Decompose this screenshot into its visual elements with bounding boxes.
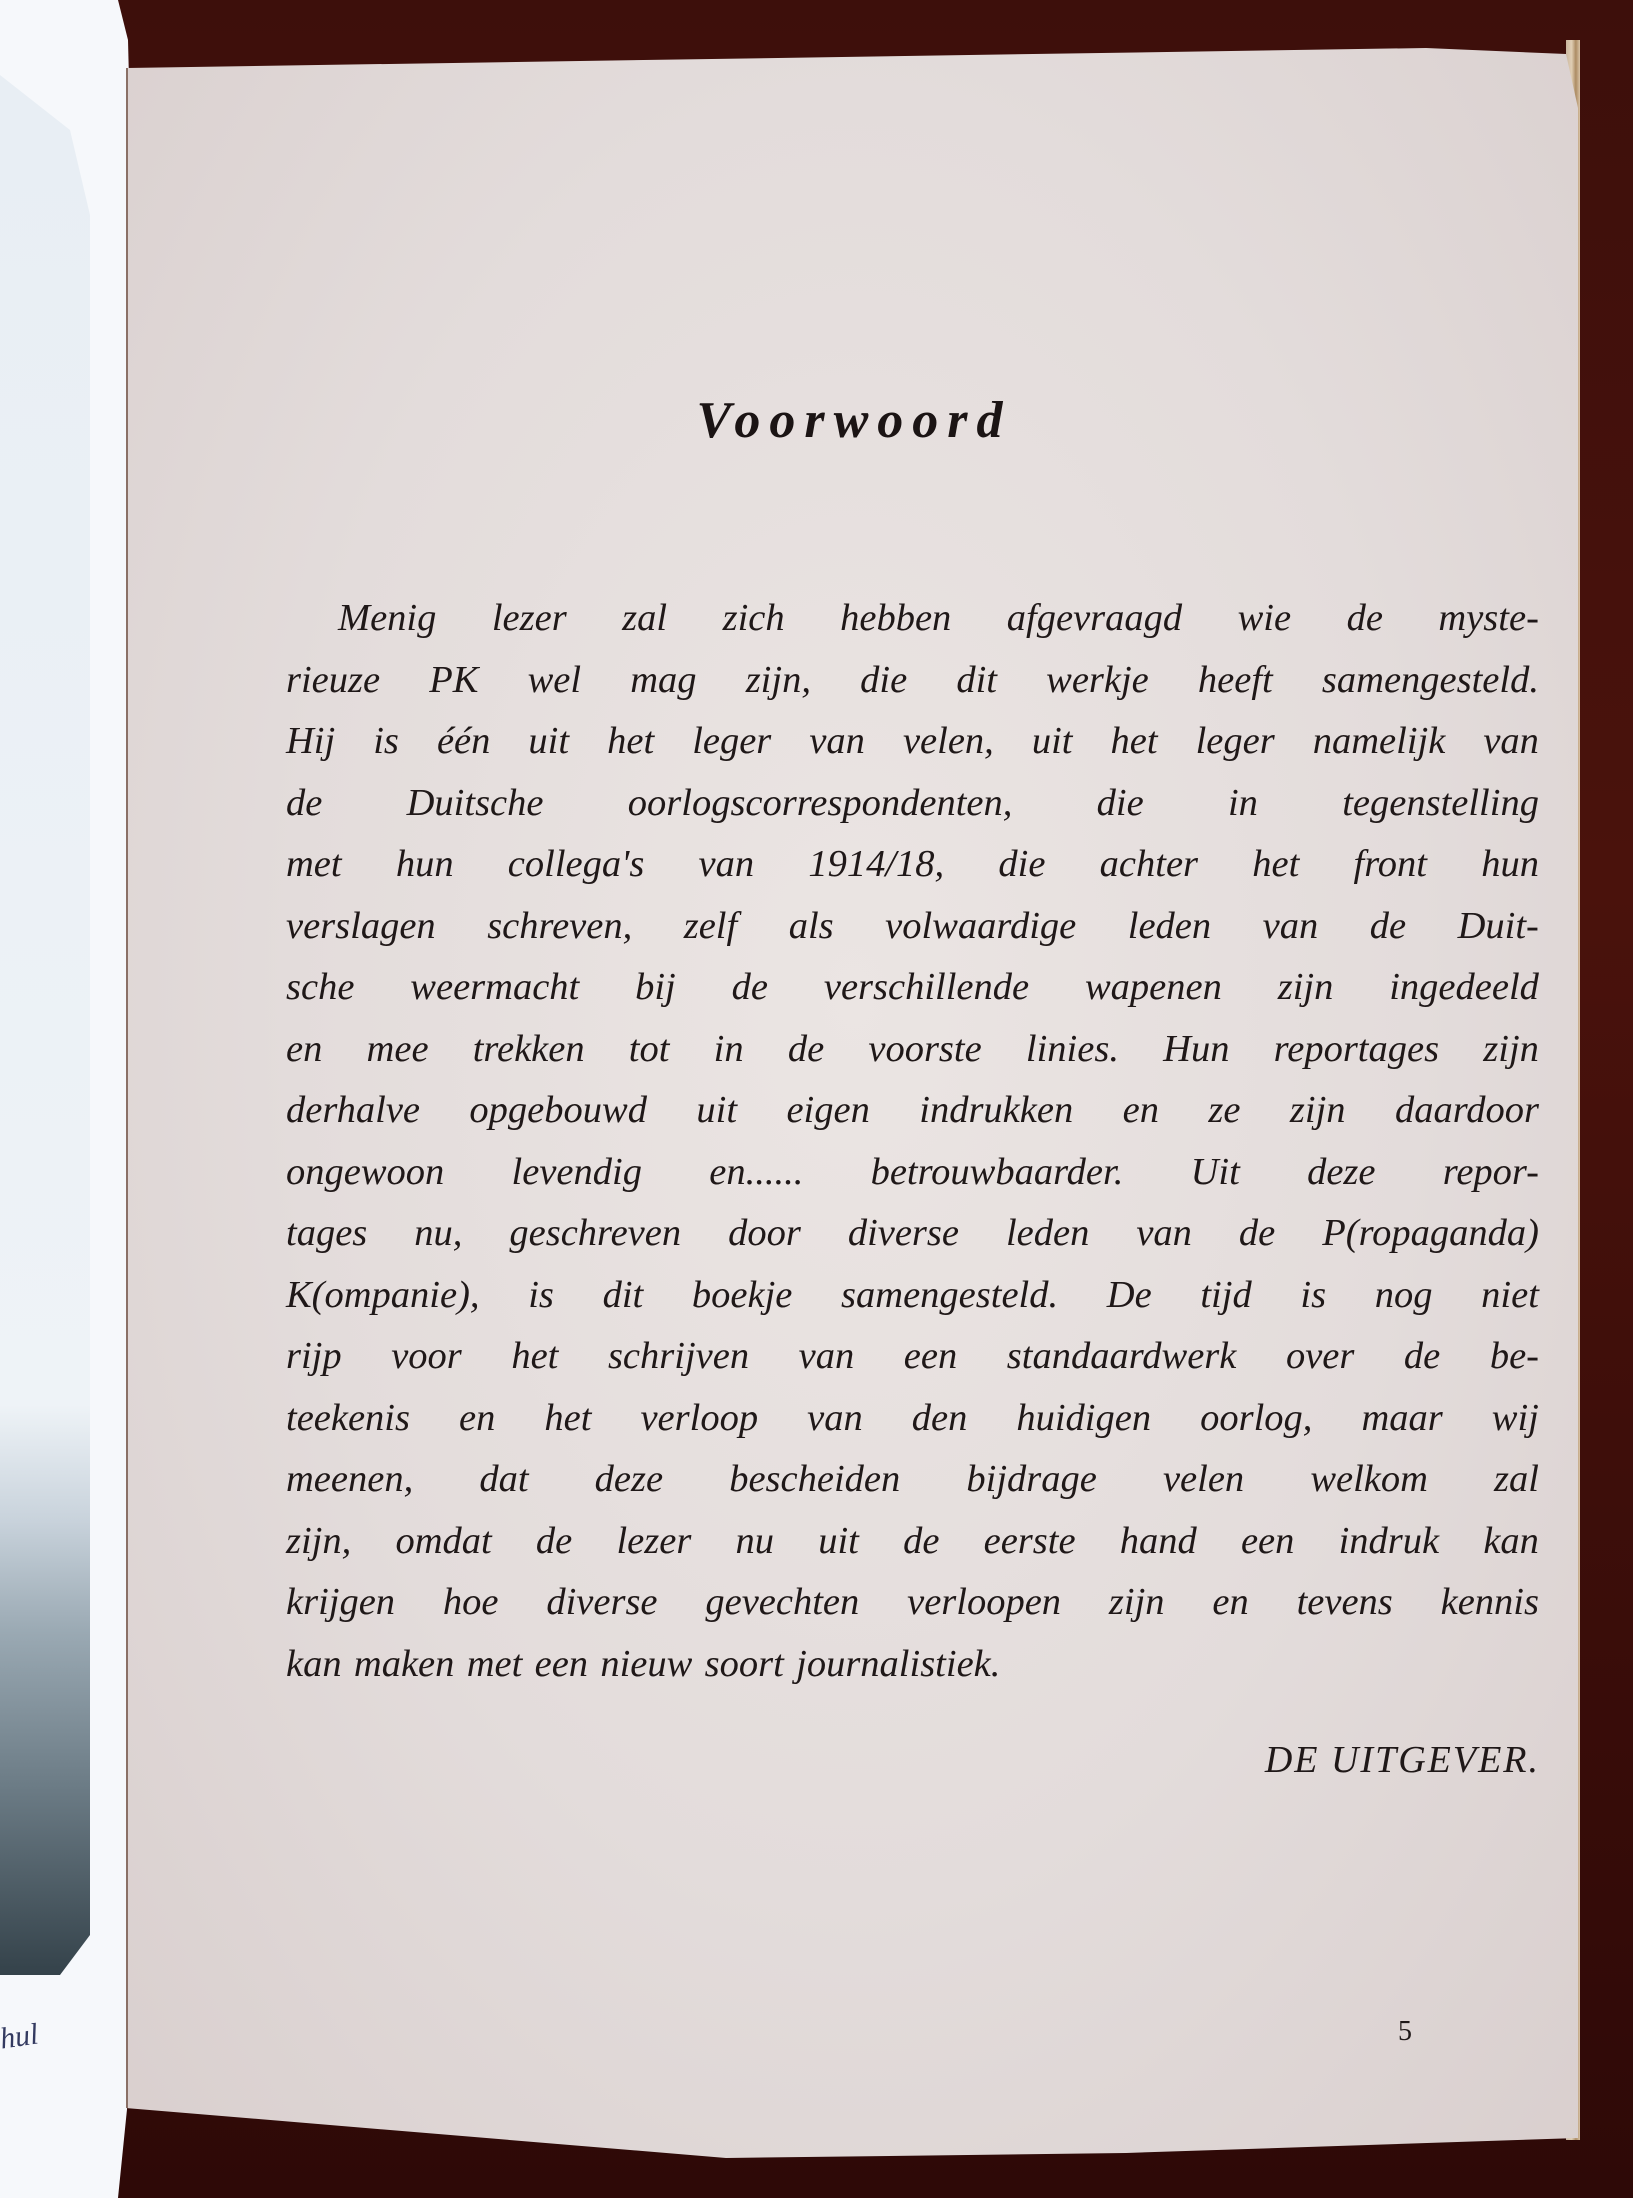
word: afgevraagd xyxy=(1007,588,1182,650)
word: van xyxy=(809,711,865,773)
word: bijdrage xyxy=(966,1449,1096,1511)
word: uit xyxy=(1032,711,1073,773)
word: van xyxy=(799,1326,855,1388)
word: door xyxy=(728,1203,801,1265)
word: geschreven xyxy=(509,1203,681,1265)
word: Uit xyxy=(1191,1142,1240,1204)
word: collega's xyxy=(508,834,645,896)
word: reportages xyxy=(1274,1019,1439,1081)
word: zal xyxy=(622,588,667,650)
word: heeft xyxy=(1198,650,1273,712)
word: het xyxy=(1252,834,1299,896)
page-title: Voorwoord xyxy=(128,391,1580,450)
word: de xyxy=(1404,1326,1440,1388)
word: trekken xyxy=(473,1019,585,1081)
word: wie xyxy=(1238,588,1291,650)
text-line: kanmakenmeteennieuwsoortjournalistiek. xyxy=(286,1634,1539,1696)
signature: DE UITGEVER. xyxy=(1265,1738,1540,1782)
word: mee xyxy=(367,1019,429,1081)
word: hun xyxy=(396,834,454,896)
word: de xyxy=(903,1511,939,1573)
word: verloop xyxy=(640,1388,758,1450)
word: velen xyxy=(1163,1449,1244,1511)
word: zelf xyxy=(684,896,737,958)
word: die xyxy=(1097,773,1144,835)
word: uit xyxy=(818,1511,859,1573)
word: het xyxy=(544,1388,591,1450)
word: bescheiden xyxy=(729,1449,900,1511)
word: die xyxy=(998,834,1045,896)
word: diverse xyxy=(848,1203,959,1265)
word: tegenstelling xyxy=(1342,773,1539,835)
word: nu, xyxy=(414,1203,462,1265)
facing-page: hul xyxy=(0,0,132,2198)
word: de xyxy=(1239,1203,1275,1265)
text-line: methuncollega'svan1914/18,dieachterhetfr… xyxy=(286,834,1539,896)
word: wel xyxy=(528,650,581,712)
word: hand xyxy=(1120,1511,1197,1573)
word: namelijk xyxy=(1313,711,1446,773)
word: zich xyxy=(723,588,785,650)
word: De xyxy=(1107,1265,1152,1327)
word: journalistiek. xyxy=(796,1634,1000,1696)
word: deze xyxy=(1307,1142,1375,1204)
facing-page-caption: hul xyxy=(0,2017,41,2056)
word: K(ompanie), xyxy=(286,1265,480,1327)
word: wapenen xyxy=(1085,957,1222,1019)
word: daardoor xyxy=(1395,1080,1539,1142)
word: in xyxy=(714,1019,744,1081)
text-line: ongewoonlevendigen......betrouwbaarder.U… xyxy=(286,1142,1539,1204)
word: de xyxy=(1347,588,1383,650)
word: P(ropaganda) xyxy=(1322,1203,1539,1265)
word: boekje xyxy=(692,1265,792,1327)
word: nog xyxy=(1375,1265,1433,1327)
word: den xyxy=(912,1388,968,1450)
text-line: rieuzePKwelmagzijn,dieditwerkjeheeftsame… xyxy=(286,650,1539,712)
word: en xyxy=(286,1019,322,1081)
word: en xyxy=(1123,1080,1159,1142)
word: nu xyxy=(736,1511,775,1573)
text-line: K(ompanie),isditboekjesamengesteld.Detij… xyxy=(286,1265,1539,1327)
word: ongewoon xyxy=(286,1142,444,1204)
word: en xyxy=(1212,1572,1248,1634)
word: mag xyxy=(630,650,696,712)
word: een xyxy=(535,1634,588,1696)
word: front xyxy=(1354,834,1427,896)
word: meenen, xyxy=(286,1449,413,1511)
word: met xyxy=(467,1634,523,1696)
word: betrouwbaarder. xyxy=(871,1142,1124,1204)
word: de xyxy=(286,773,322,835)
word: het xyxy=(1111,711,1158,773)
word: levendig xyxy=(512,1142,642,1204)
word: van xyxy=(699,834,755,896)
text-line: deDuitscheoorlogscorrespondenten,dieinte… xyxy=(286,773,1539,835)
word: die xyxy=(860,650,907,712)
word: eigen xyxy=(786,1080,869,1142)
text-line: zijn,omdatdelezernuuitdeeerstehandeenind… xyxy=(286,1511,1539,1573)
word: één xyxy=(437,711,490,773)
word: is xyxy=(373,711,399,773)
word: soort xyxy=(705,1634,784,1696)
word: voorste xyxy=(868,1019,981,1081)
word: oorlog, xyxy=(1200,1388,1312,1450)
text-line: krijgenhoediversegevechtenverloopenzijne… xyxy=(286,1572,1539,1634)
word: hun xyxy=(1481,834,1539,896)
word: indruk xyxy=(1339,1511,1440,1573)
word: leger xyxy=(1196,711,1275,773)
word: linies. xyxy=(1026,1019,1119,1081)
word: zijn xyxy=(1278,957,1334,1019)
word: PK xyxy=(429,650,478,712)
word: tages xyxy=(286,1203,367,1265)
word: zijn xyxy=(1483,1019,1539,1081)
word: van xyxy=(1136,1203,1192,1265)
word: leden xyxy=(1006,1203,1089,1265)
word: en...... xyxy=(709,1142,803,1204)
word: voor xyxy=(391,1326,462,1388)
word: hebben xyxy=(840,588,951,650)
word: wij xyxy=(1492,1388,1539,1450)
text-line: tagesnu,geschrevendoordiverseledenvandeP… xyxy=(286,1203,1539,1265)
word: weermacht xyxy=(410,957,579,1019)
word: standaardwerk xyxy=(1007,1326,1237,1388)
word: myste- xyxy=(1438,588,1538,650)
word: werkje xyxy=(1046,650,1149,712)
text-line: Hijiséénuithetlegervanvelen,uithetlegern… xyxy=(286,711,1539,773)
word: kan xyxy=(286,1634,342,1696)
word: Duitsche xyxy=(407,773,544,835)
word: schreven, xyxy=(487,896,632,958)
text-line: meenen,datdezebescheidenbijdragevelenwel… xyxy=(286,1449,1539,1511)
word: het xyxy=(607,711,654,773)
word: verschillende xyxy=(824,957,1029,1019)
word: een xyxy=(1241,1511,1294,1573)
word: oorlogscorrespondenten, xyxy=(628,773,1013,835)
word: velen, xyxy=(903,711,994,773)
word: kan xyxy=(1483,1511,1539,1573)
word: hoe xyxy=(443,1572,499,1634)
word: de xyxy=(536,1511,572,1573)
word: omdat xyxy=(395,1511,491,1573)
word: rieuze xyxy=(286,650,380,712)
word: het xyxy=(511,1326,558,1388)
word: Duit- xyxy=(1458,896,1539,958)
word: samengesteld. xyxy=(841,1265,1058,1327)
word: van xyxy=(1483,711,1539,773)
text-line: teekenisenhetverloopvandenhuidigenoorlog… xyxy=(286,1388,1539,1450)
word: zal xyxy=(1494,1449,1539,1511)
word: be- xyxy=(1490,1326,1539,1388)
word: over xyxy=(1286,1326,1354,1388)
word: tevens xyxy=(1297,1572,1393,1634)
word: samengesteld. xyxy=(1322,650,1539,712)
word: huidigen xyxy=(1016,1388,1151,1450)
word: gevechten xyxy=(705,1572,859,1634)
word: rijp xyxy=(286,1326,342,1388)
word: diverse xyxy=(546,1572,657,1634)
facing-page-photo xyxy=(0,75,92,1975)
word: de xyxy=(1370,896,1406,958)
word: kennis xyxy=(1441,1572,1539,1634)
text-line: verslagenschreven,zelfalsvolwaardigelede… xyxy=(286,896,1539,958)
word: als xyxy=(789,896,834,958)
word: een xyxy=(904,1326,957,1388)
word: zijn xyxy=(1109,1572,1165,1634)
word: van xyxy=(1263,896,1319,958)
word: welkom xyxy=(1310,1449,1428,1511)
word: deze xyxy=(595,1449,663,1511)
word: is xyxy=(1300,1265,1326,1327)
word: eerste xyxy=(984,1511,1076,1573)
word: de xyxy=(788,1019,824,1081)
word: leger xyxy=(692,711,771,773)
word: en xyxy=(459,1388,495,1450)
word: dat xyxy=(479,1449,528,1511)
word: maar xyxy=(1361,1388,1442,1450)
word: is xyxy=(528,1265,554,1327)
word: indrukken xyxy=(919,1080,1073,1142)
text-line: derhalveopgebouwduiteigenindrukkenenzezi… xyxy=(286,1080,1539,1142)
word: bij xyxy=(635,957,676,1019)
word: repor- xyxy=(1443,1142,1539,1204)
page-number: 5 xyxy=(1398,2016,1412,2048)
word: zijn, xyxy=(746,650,811,712)
word: zijn, xyxy=(286,1511,351,1573)
word: krijgen xyxy=(286,1572,395,1634)
word: ingedeeld xyxy=(1389,957,1539,1019)
word: derhalve xyxy=(286,1080,420,1142)
word: nieuw xyxy=(600,1634,692,1696)
word: tot xyxy=(629,1019,670,1081)
word: uit xyxy=(696,1080,737,1142)
word: teekenis xyxy=(286,1388,410,1450)
word: niet xyxy=(1481,1265,1539,1327)
word: Hun xyxy=(1163,1019,1229,1081)
word: schrijven xyxy=(608,1326,749,1388)
word: verloopen xyxy=(907,1572,1061,1634)
word: lezer xyxy=(616,1511,691,1573)
word: lezer xyxy=(492,588,567,650)
word: achter xyxy=(1100,834,1198,896)
word: leden xyxy=(1128,896,1211,958)
word: dit xyxy=(956,650,997,712)
text-line: rijpvoorhetschrijvenvaneenstandaardwerko… xyxy=(286,1326,1539,1388)
word: in xyxy=(1228,773,1258,835)
word: verslagen xyxy=(286,896,436,958)
word: ze xyxy=(1208,1080,1240,1142)
word: sche xyxy=(286,957,354,1019)
word: met xyxy=(286,834,342,896)
foreword-body: Meniglezerzalzichhebbenafgevraagdwiedemy… xyxy=(286,588,1539,1695)
word: zijn xyxy=(1290,1080,1346,1142)
text-line: enmeetrekkentotindevoorstelinies.Hunrepo… xyxy=(286,1019,1539,1081)
word: van xyxy=(807,1388,863,1450)
book-page: Voorwoord Meniglezerzalzichhebbenafgevra… xyxy=(126,48,1580,2158)
word: de xyxy=(732,957,768,1019)
word: volwaardige xyxy=(885,896,1076,958)
word: maken xyxy=(354,1634,454,1696)
word: Menig xyxy=(338,588,436,650)
word: dit xyxy=(603,1265,644,1327)
text-line: scheweermachtbijdeverschillendewapenenzi… xyxy=(286,957,1539,1019)
word: opgebouwd xyxy=(469,1080,647,1142)
word: uit xyxy=(528,711,569,773)
text-line: Meniglezerzalzichhebbenafgevraagdwiedemy… xyxy=(286,588,1539,650)
word: Hij xyxy=(286,711,335,773)
word: tijd xyxy=(1200,1265,1251,1327)
word: 1914/18, xyxy=(808,834,944,896)
